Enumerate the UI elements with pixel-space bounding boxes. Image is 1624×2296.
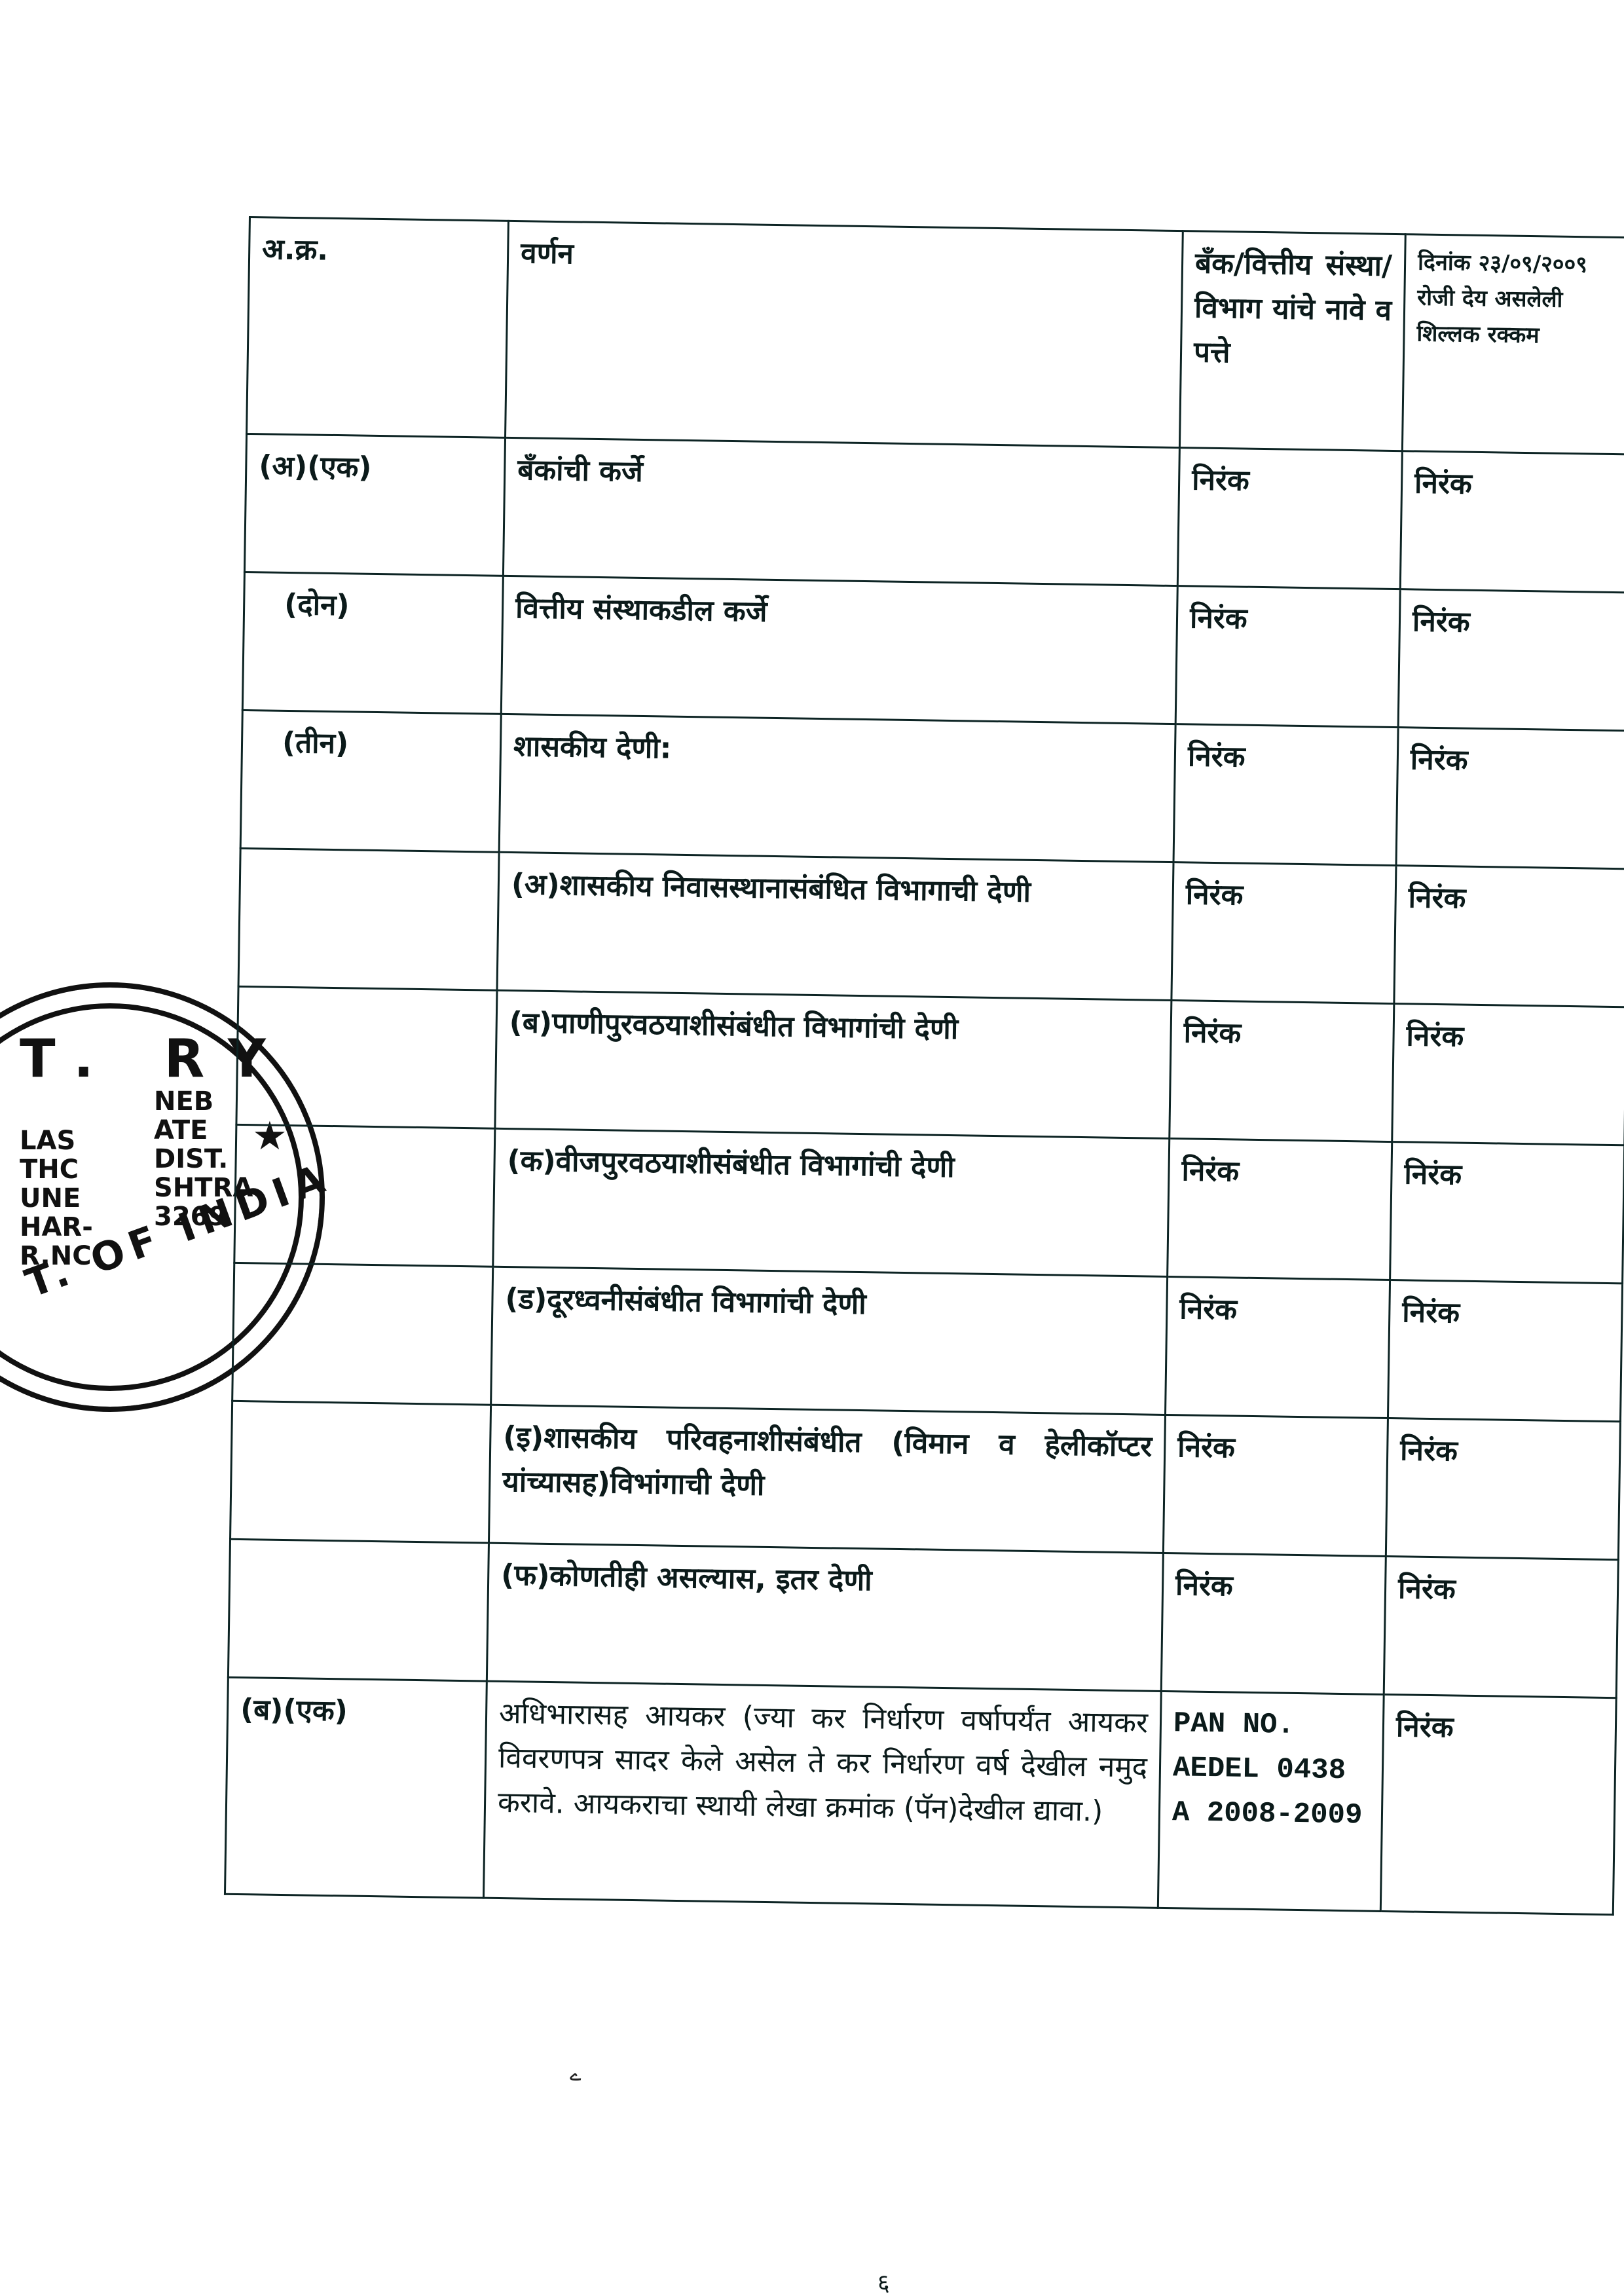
cell-institution: निरंक: [1170, 1001, 1394, 1142]
stamp-line: LAS: [20, 1126, 93, 1155]
cell-description: बँकांची कर्जे: [503, 437, 1179, 585]
cell-institution: निरंक: [1165, 1276, 1390, 1418]
table-row: (क)वीजपुरवठयाशीसंबंधीत विभागांची देणी नि…: [234, 1124, 1624, 1283]
cell-balance: निरंक: [1380, 1694, 1616, 1914]
cell-serial: [236, 986, 497, 1128]
stamp-line: THC: [20, 1155, 93, 1184]
table-row: (दोन) वित्तीय संस्थाकडील कर्जे निरंक निर…: [242, 572, 1624, 730]
cell-institution: निरंक: [1175, 586, 1400, 728]
liabilities-table: अ.क्र. वर्णन बँक/वित्तीय संस्था/ विभाग य…: [224, 216, 1624, 1916]
cell-balance: निरंक: [1386, 1418, 1620, 1560]
cell-serial: [231, 1401, 491, 1543]
cell-description: (फ)कोणतीही असल्यास, इतर देणी: [487, 1543, 1163, 1691]
cell-description: (ब)पाणीपुरवठयाशीसंबंधीत विभागांची देणी: [495, 990, 1172, 1138]
stamp-line: UNE: [20, 1184, 93, 1213]
cell-description: (क)वीजपुरवठयाशीसंबंधीत विभागांची देणी: [493, 1128, 1170, 1276]
cell-pan-number: PAN NO. AEDEL 0438 A 2008-2009: [1158, 1691, 1384, 1911]
header-institution: बँक/वित्तीय संस्था/ विभाग यांचे नावे व प…: [1179, 231, 1405, 451]
cell-serial: (ब)(एक): [225, 1677, 487, 1898]
cell-balance: निरंक: [1392, 1004, 1624, 1145]
cell-balance: निरंक: [1398, 589, 1624, 731]
scan-mark: ے: [570, 2063, 581, 2086]
page-number: ६: [877, 2266, 890, 2296]
cell-institution: निरंक: [1161, 1553, 1386, 1694]
table-row: (अ)शासकीय निवासस्थानासंबंधित विभागाची दे…: [238, 848, 1624, 1007]
cell-description: अधिभारासह आयकर (ज्या कर निर्धारण वर्षापर…: [483, 1681, 1161, 1908]
cell-institution: निरंक: [1163, 1415, 1388, 1556]
cell-institution: निरंक: [1173, 724, 1398, 866]
table-row: (फ)कोणतीही असल्यास, इतर देणी निरंक निरंक: [228, 1539, 1618, 1697]
table-row: (इ)शासकीय परिवहनाशीसंबंधीत (विमान व हेली…: [231, 1401, 1621, 1559]
header-description: वर्णन: [506, 221, 1183, 447]
header-serial: अ.क्र.: [247, 217, 509, 438]
table-row: (अ)(एक) बँकांची कर्जे निरंक निरंक: [244, 434, 1624, 592]
document-page: T. RY LAS THC UNE HAR- R.NC NEB ATE DIST…: [0, 0, 1624, 2296]
cell-description: (अ)शासकीय निवासस्थानासंबंधित विभागाची दे…: [497, 852, 1173, 1000]
cell-institution: निरंक: [1172, 862, 1396, 1004]
cell-serial: (अ)(एक): [244, 434, 505, 576]
table-row: (ब)पाणीपुरवठयाशीसंबंधीत विभागांची देणी न…: [236, 986, 1624, 1145]
header-balance: दिनांक २३/०९/२००९ रोजी देय असलेली शिल्लक…: [1402, 234, 1624, 454]
table-row: (तीन) शासकीय देणी: निरंक निरंक: [240, 710, 1624, 868]
cell-serial: (दोन): [242, 572, 503, 714]
stamp-line: HAR-: [20, 1213, 93, 1242]
cell-serial: [232, 1263, 493, 1405]
table-header-row: अ.क्र. वर्णन बँक/वित्तीय संस्था/ विभाग य…: [247, 217, 1624, 454]
cell-balance: निरंक: [1400, 451, 1624, 593]
cell-balance: निरंक: [1394, 866, 1624, 1007]
cell-description: शासकीय देणी:: [499, 714, 1175, 862]
cell-serial: [234, 1124, 495, 1267]
table-row: (ब)(एक) अधिभारासह आयकर (ज्या कर निर्धारण…: [225, 1677, 1616, 1914]
cell-serial: (तीन): [240, 710, 501, 852]
cell-serial: [228, 1539, 489, 1681]
cell-description: (इ)शासकीय परिवहनाशीसंबंधीत (विमान व हेली…: [489, 1405, 1165, 1553]
table-row: (ड)दूरध्वनीसंबंधीत विभागांची देणी निरंक …: [232, 1263, 1623, 1421]
cell-serial: [238, 848, 499, 990]
cell-description: वित्तीय संस्थाकडील कर्जे: [501, 576, 1177, 724]
cell-balance: निरंक: [1396, 728, 1624, 869]
cell-institution: निरंक: [1168, 1139, 1392, 1280]
cell-balance: निरंक: [1388, 1280, 1622, 1422]
cell-description: (ड)दूरध्वनीसंबंधीत विभागांची देणी: [491, 1267, 1168, 1415]
cell-balance: निरंक: [1390, 1142, 1624, 1284]
cell-institution: निरंक: [1177, 448, 1402, 589]
cell-balance: निरंक: [1384, 1556, 1618, 1697]
